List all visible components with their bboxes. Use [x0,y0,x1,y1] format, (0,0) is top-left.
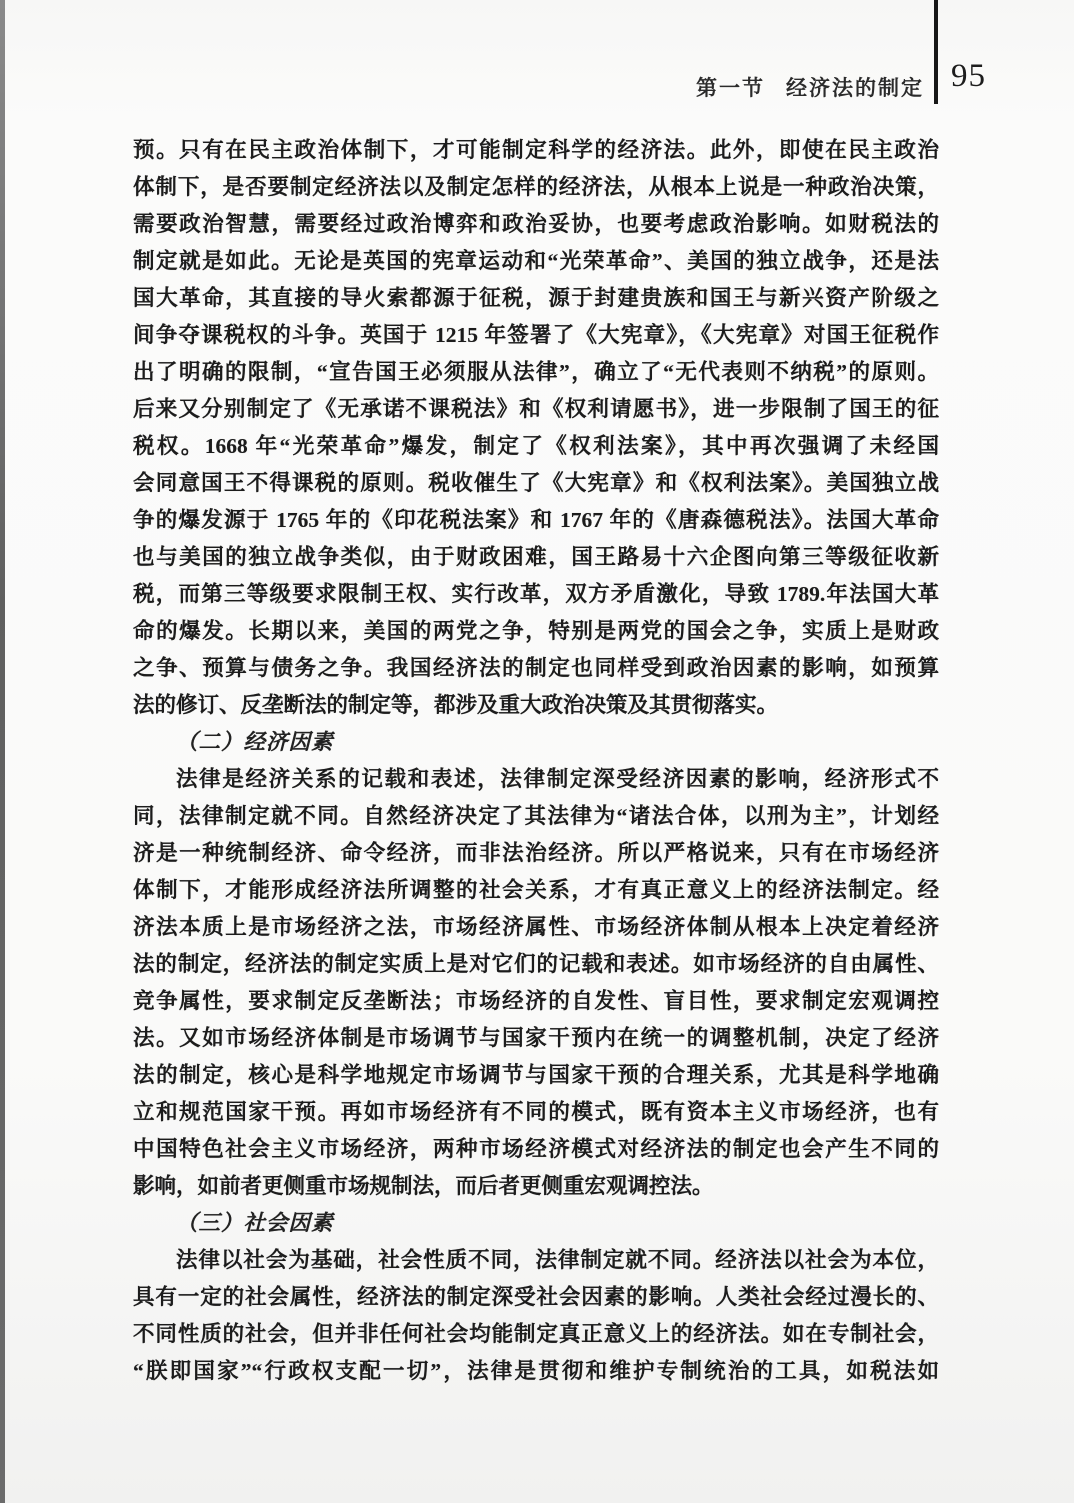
text-line: 体制下，才能形成经济法所调整的社会关系，才有真正意义上的经济法制定。经 [133,872,939,909]
section-title: 经济法的制定 [786,76,924,100]
text-line: 法。又如市场经济体制是市场调节与国家干预内在统一的调整机制，决定了经济 [133,1020,939,1057]
page-number: 95 [951,58,986,95]
section-label: 第一节 [696,76,765,100]
page-body: 预。只有在民主政治体制下，才可能制定科学的经济法。此外，即使在民主政治体制下，是… [133,132,939,1390]
text-line: 出了明确的限制，“宣告国王必须服从法律”，确立了“无代表则不纳税”的原则。 [133,354,939,391]
text-line: 税权。1668 年“光荣革命”爆发，制定了《权利法案》，其中再次强调了未经国 [133,428,939,465]
text-line: 法律以社会为基础，社会性质不同，法律制定就不同。经济法以社会为本位， [133,1242,939,1279]
text-line: 具有一定的社会属性，经济法的制定深受社会因素的影响。人类社会经过漫长的、 [133,1279,939,1316]
text-line: 也与美国的独立战争类似，由于财政困难，国王路易十六企图向第三等级征收新 [133,539,939,576]
text-line: 影响，如前者更侧重市场规制法，而后者更侧重宏观调控法。 [133,1168,939,1205]
text-line: 法的制定，核心是科学地规定市场调节与国家干预的合理关系，尤其是科学地确 [133,1057,939,1094]
text-line: 间争夺课税权的斗争。英国于 1215 年签署了《大宪章》，《大宪章》对国王征税作 [133,317,939,354]
text-line: 不同性质的社会，但并非任何社会均能制定真正意义上的经济法。如在专制社会， [133,1316,939,1353]
text-line: 之争、预算与债务之争。我国经济法的制定也同样受到政治因素的影响，如预算 [133,650,939,687]
text-line: 法的修订、反垄断法的制定等，都涉及重大政治决策及其贯彻落实。 [133,687,939,724]
text-line: 法的制定，经济法的制定实质上是对它们的记载和表述。如市场经济的自由属性、 [133,946,939,983]
text-line: 中国特色社会主义市场经济，两种市场经济模式对经济法的制定也会产生不同的 [133,1131,939,1168]
text-line: 济法本质上是市场经济之法，市场经济属性、市场经济体制从根本上决定着经济 [133,909,939,946]
text-line: 命的爆发。长期以来，美国的两党之争，特别是两党的国会之争，实质上是财政 [133,613,939,650]
text-line: 后来又分别制定了《无承诺不课税法》和《权利请愿书》，进一步限制了国王的征 [133,391,939,428]
text-line: 争的爆发源于 1765 年的《印花税法案》和 1767 年的《唐森德税法》。法国… [133,502,939,539]
running-head: 第一节经济法的制定 [696,72,924,102]
subsection-heading: （三）社会因素 [133,1205,939,1242]
text-line: 会同意国王不得课税的原则。税收催生了《大宪章》和《权利法案》。美国独立战 [133,465,939,502]
text-line: “朕即国家”“行政权支配一切”，法律是贯彻和维护专制统治的工具，如税法如 [133,1353,939,1390]
text-line: 税，而第三等级要求限制王权、实行改革，双方矛盾激化，导致 1789.年法国大革 [133,576,939,613]
text-line: 立和规范国家干预。再如市场经济有不同的模式，既有资本主义市场经济，也有 [133,1094,939,1131]
subsection-heading: （二）经济因素 [133,724,939,761]
text-line: 同，法律制定就不同。自然经济决定了其法律为“诸法合体，以刑为主”，计划经 [133,798,939,835]
text-line: 法律是经济关系的记载和表述，法律制定深受经济因素的影响，经济形式不 [133,761,939,798]
scan-edge-strip [0,0,5,1503]
text-line: 国大革命，其直接的导火索都源于征税，源于封建贵族和国王与新兴资产阶级之 [133,280,939,317]
header-divider-rule [934,0,938,104]
text-line: 济是一种统制经济、命令经济，而非法治经济。所以严格说来，只有在市场经济 [133,835,939,872]
text-line: 体制下，是否要制定经济法以及制定怎样的经济法，从根本上说是一种政治决策， [133,169,939,206]
text-line: 竞争属性，要求制定反垄断法；市场经济的自发性、盲目性，要求制定宏观调控 [133,983,939,1020]
text-line: 需要政治智慧，需要经过政治博弈和政治妥协，也要考虑政治影响。如财税法的 [133,206,939,243]
text-line: 预。只有在民主政治体制下，才可能制定科学的经济法。此外，即使在民主政治 [133,132,939,169]
book-page: 第一节经济法的制定 95 预。只有在民主政治体制下，才可能制定科学的经济法。此外… [0,0,1074,1503]
text-line: 制定就是如此。无论是英国的宪章运动和“光荣革命”、美国的独立战争，还是法 [133,243,939,280]
